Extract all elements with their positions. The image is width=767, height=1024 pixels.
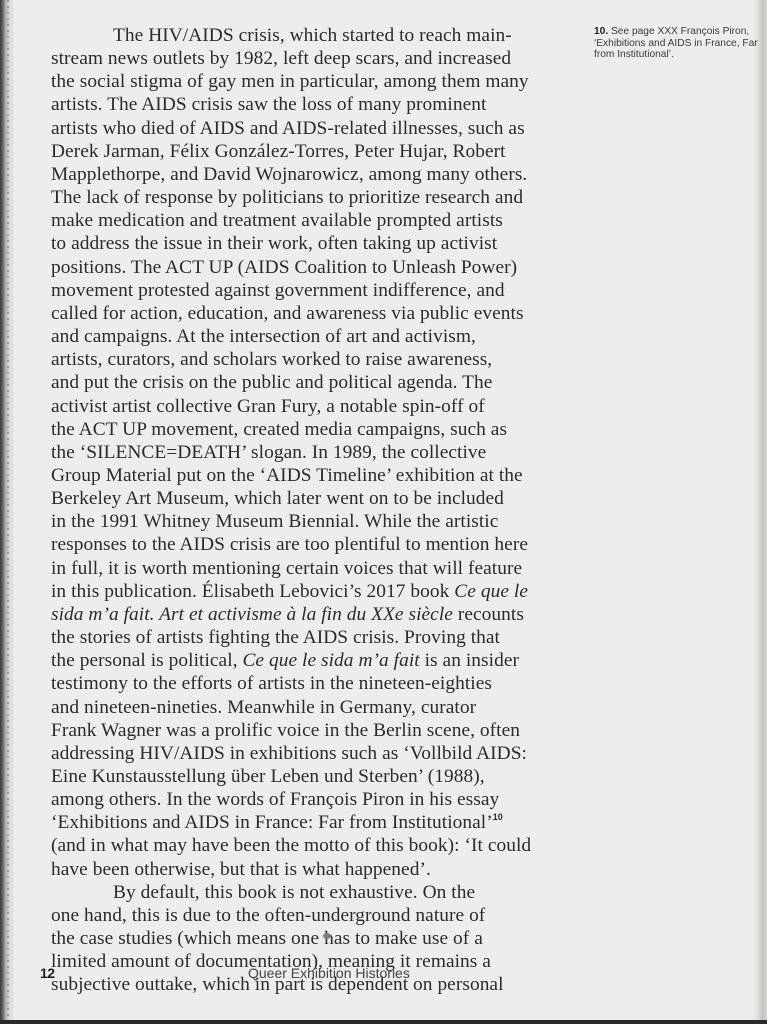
text-line: sida m’a fait. Art et activisme à la fin…	[51, 603, 561, 626]
footnote-reference: 10	[493, 812, 503, 822]
text-line: the stories of artists fighting the AIDS…	[51, 626, 561, 649]
text-line: By default, this book is not exhaustive.…	[51, 881, 561, 904]
text-line: the personal is political, Ce que le sid…	[51, 649, 561, 672]
text-line: (and in what may have been the motto of …	[51, 834, 561, 857]
margin-footnote: 10. See page XXX François Piron, ‘Exhibi…	[594, 26, 764, 61]
book-title-italic: Ce que le	[454, 581, 528, 602]
text-line: Berkeley Art Museum, which later went on…	[51, 487, 561, 510]
text-line: have been otherwise, but that is what ha…	[51, 858, 561, 881]
text-line: stream news outlets by 1982, left deep s…	[51, 47, 561, 70]
text-line: the social stigma of gay men in particul…	[51, 70, 561, 93]
text-line: called for action, education, and awaren…	[51, 302, 561, 325]
text-span: is an insider	[425, 650, 519, 671]
text-line: to address the issue in their work, ofte…	[51, 232, 561, 255]
text-line: artists. The AIDS crisis saw the loss of…	[51, 93, 561, 116]
text-line: in full, it is worth mentioning certain …	[51, 557, 561, 580]
footnote-text: See page XXX François Piron, ‘Exhibition…	[594, 26, 758, 60]
text-line: artists, curators, and scholars worked t…	[51, 348, 561, 371]
book-title-italic: sida m’a fait. Art et activisme à la fin…	[51, 604, 453, 625]
footnote-number: 10.	[594, 26, 608, 37]
text-span: in this publication. Élisabeth Lebovici’…	[51, 581, 449, 602]
text-line: The HIV/AIDS crisis, which started to re…	[51, 24, 561, 47]
page-edge-shadow	[753, 0, 767, 1024]
book-title-italic: Ce que le sida m’a fait	[242, 650, 419, 671]
text-line: one hand, this is due to the often-under…	[51, 904, 561, 927]
body-text: The HIV/AIDS crisis, which started to re…	[51, 24, 561, 997]
text-line: make medication and treatment available …	[51, 209, 561, 232]
text-line: and campaigns. At the intersection of ar…	[51, 325, 561, 348]
text-line: ‘Exhibitions and AIDS in France: Far fro…	[51, 811, 561, 834]
text-span: the personal is political,	[51, 650, 238, 671]
text-line: The lack of response by politicians to p…	[51, 186, 561, 209]
text-line: in this publication. Élisabeth Lebovici’…	[51, 580, 561, 603]
text-line: responses to the AIDS crisis are too ple…	[51, 533, 561, 556]
text-line: and nineteen-nineties. Meanwhile in Germ…	[51, 696, 561, 719]
text-line: the case studies (which means one has to…	[51, 927, 561, 950]
text-line: the ACT UP movement, created media campa…	[51, 418, 561, 441]
book-spine-shadow	[0, 0, 14, 1024]
text-line: addressing HIV/AIDS in exhibitions such …	[51, 742, 561, 765]
scan-smudge	[323, 933, 331, 939]
text-span: ‘Exhibitions and AIDS in France: Far fro…	[51, 812, 493, 833]
page-number: 12	[40, 965, 55, 981]
text-line: among others. In the words of François P…	[51, 788, 561, 811]
text-line: activist artist collective Gran Fury, a …	[51, 395, 561, 418]
text-line: positions. The ACT UP (AIDS Coalition to…	[51, 256, 561, 279]
text-line: movement protested against government in…	[51, 279, 561, 302]
text-line: Group Material put on the ‘AIDS Timeline…	[51, 464, 561, 487]
text-line: artists who died of AIDS and AIDS-relate…	[51, 117, 561, 140]
text-line: testimony to the efforts of artists in t…	[51, 672, 561, 695]
text-line: Mapplethorpe, and David Wojnarowicz, amo…	[51, 163, 561, 186]
text-line: Eine Kunstausstellung über Leben und Ste…	[51, 765, 561, 788]
text-line: the ‘SILENCE=DEATH’ slogan. In 1989, the…	[51, 441, 561, 464]
text-line: Derek Jarman, Félix González-Torres, Pet…	[51, 140, 561, 163]
binding-stitches	[7, 0, 9, 1024]
scan-bottom-border	[0, 1020, 767, 1024]
text-span: recounts	[458, 604, 524, 625]
text-line: in the 1991 Whitney Museum Biennial. Whi…	[51, 510, 561, 533]
text-line: and put the crisis on the public and pol…	[51, 371, 561, 394]
text-line: Frank Wagner was a prolific voice in the…	[51, 719, 561, 742]
running-footer-title: Queer Exhibition Histories	[248, 965, 410, 981]
